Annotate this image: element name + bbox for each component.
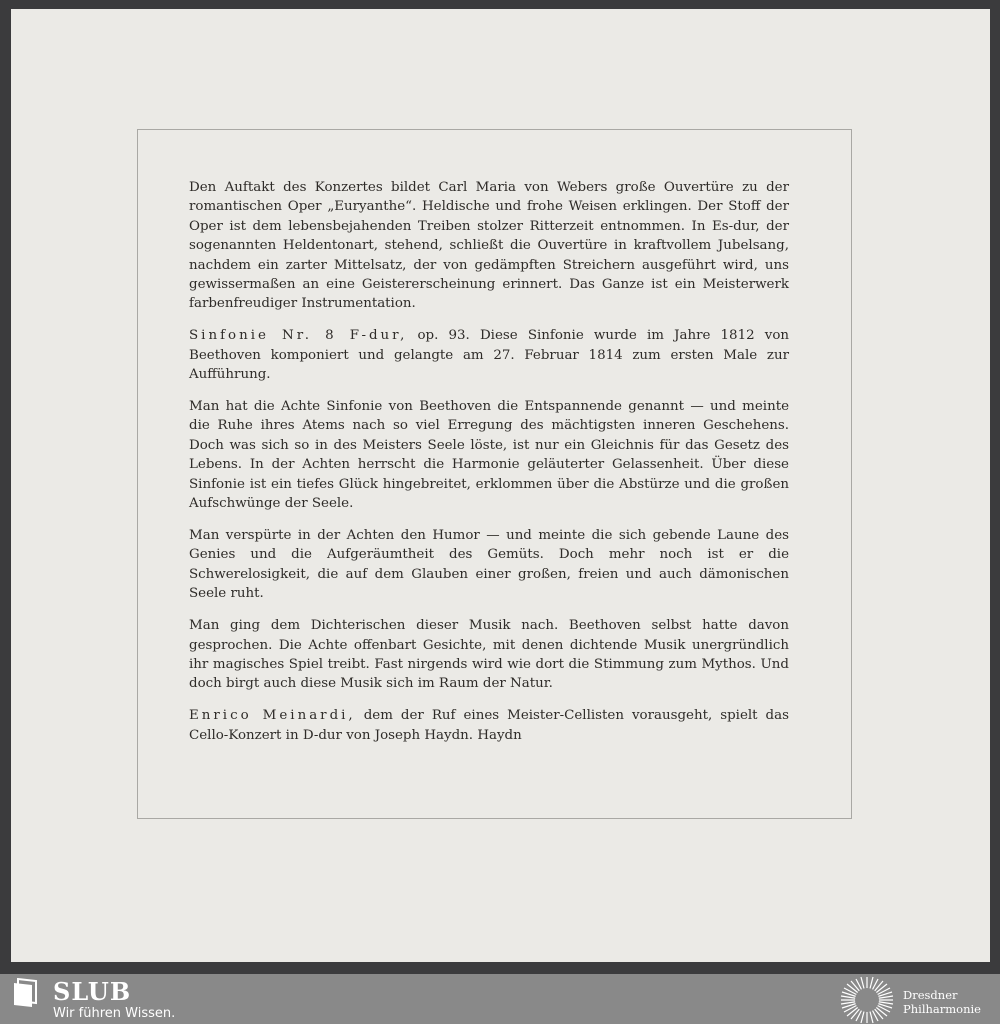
dresdner-philharmonie-sunburst-icon[interactable] — [840, 976, 894, 1024]
slub-logo-text[interactable]: SLUB — [53, 977, 131, 1006]
spaced-name: Enrico Meinardi, — [189, 708, 356, 723]
spaced-heading: Sinfonie Nr. 8 F-dur, — [189, 328, 407, 343]
paragraph-meinardi: Enrico Meinardi, dem der Ruf eines Meist… — [189, 706, 789, 745]
paragraph-symphony-8: Sinfonie Nr. 8 F-dur, op. 93. Diese Sinf… — [189, 326, 789, 384]
slub-tagline: Wir führen Wissen. — [53, 1006, 175, 1021]
paragraph-weber-overture: Den Auftakt des Konzertes bildet Carl Ma… — [189, 178, 789, 314]
slub-book-icon[interactable] — [12, 978, 42, 1008]
dresdner-philharmonie-logo-text[interactable]: Dresdner Philharmonie — [903, 988, 981, 1016]
paragraph-entspannende: Man hat die Achte Sinfonie von Beethoven… — [189, 397, 789, 513]
paragraph-humor: Man verspürte in der Achten den Humor — … — [189, 526, 789, 604]
program-text: Den Auftakt des Konzertes bildet Carl Ma… — [189, 178, 789, 758]
paragraph-dichterische: Man ging dem Dichterischen dieser Musik … — [189, 616, 789, 694]
footer-bar: SLUB Wir führen Wissen. Dresdner Philhar… — [0, 974, 1000, 1024]
